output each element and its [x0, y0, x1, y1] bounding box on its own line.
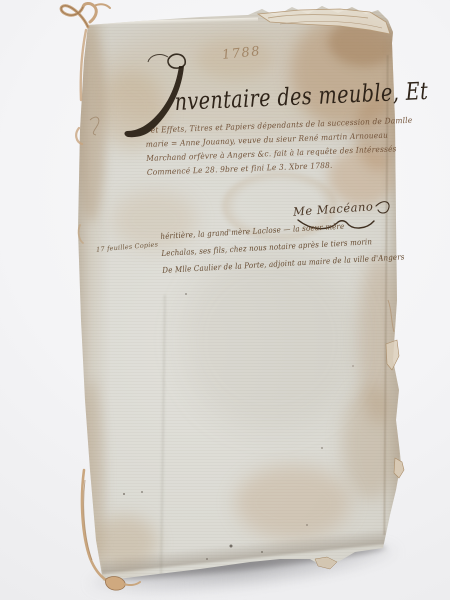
spine-mark-icon	[90, 117, 99, 135]
photograph-of-manuscript: 1788 nventaire des meuble, Et et Effets,…	[0, 0, 450, 600]
torn-edge-top-right-icon	[258, 9, 390, 34]
right-edge-tears-icon	[315, 300, 404, 569]
binding-cord-top-icon	[61, 3, 110, 243]
binding-cord-bottom-icon	[82, 470, 140, 590]
subtitle-block: et Effets, Titres et Papiers dépendants …	[145, 114, 414, 180]
